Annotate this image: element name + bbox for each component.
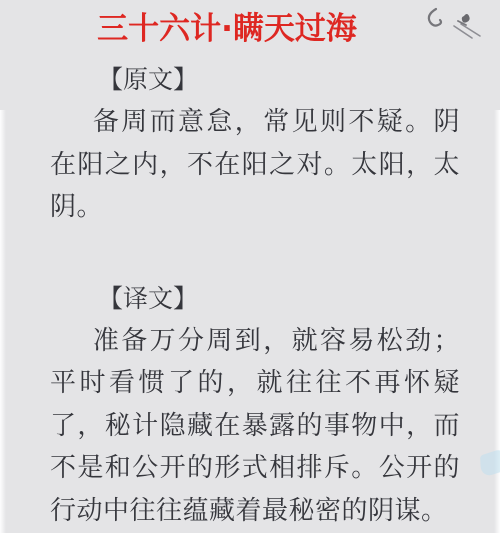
document-page: 三十六计·瞒天过海 【原文】 备周而意怠，常见则不疑。阴在阳之内，不在阳之对。太… [0,0,500,533]
section-original: 【原文】 备周而意怠，常见则不疑。阴在阳之内，不在阳之对。太阳，太阴。 [50,58,460,229]
section-translation: 【译文】 准备万分周到，就容易松劲；平时看惯了的，就往往不再怀疑了，秘计隐藏在暴… [50,277,460,533]
calligraphy-flourish-icon [414,3,492,47]
document-content: 【原文】 备周而意怠，常见则不疑。阴在阳之内，不在阳之对。太阳，太阴。 【译文】… [0,58,500,532]
translation-section-heading: 【译文】 [98,277,460,320]
translation-text-paragraph: 准备万分周到，就容易松劲；平时看惯了的，就往往不再怀疑了，秘计隐藏在暴露的事物中… [50,320,460,533]
original-text-paragraph: 备周而意怠，常见则不疑。阴在阳之内，不在阳之对。太阳，太阴。 [50,101,460,229]
original-section-heading: 【原文】 [98,58,460,101]
